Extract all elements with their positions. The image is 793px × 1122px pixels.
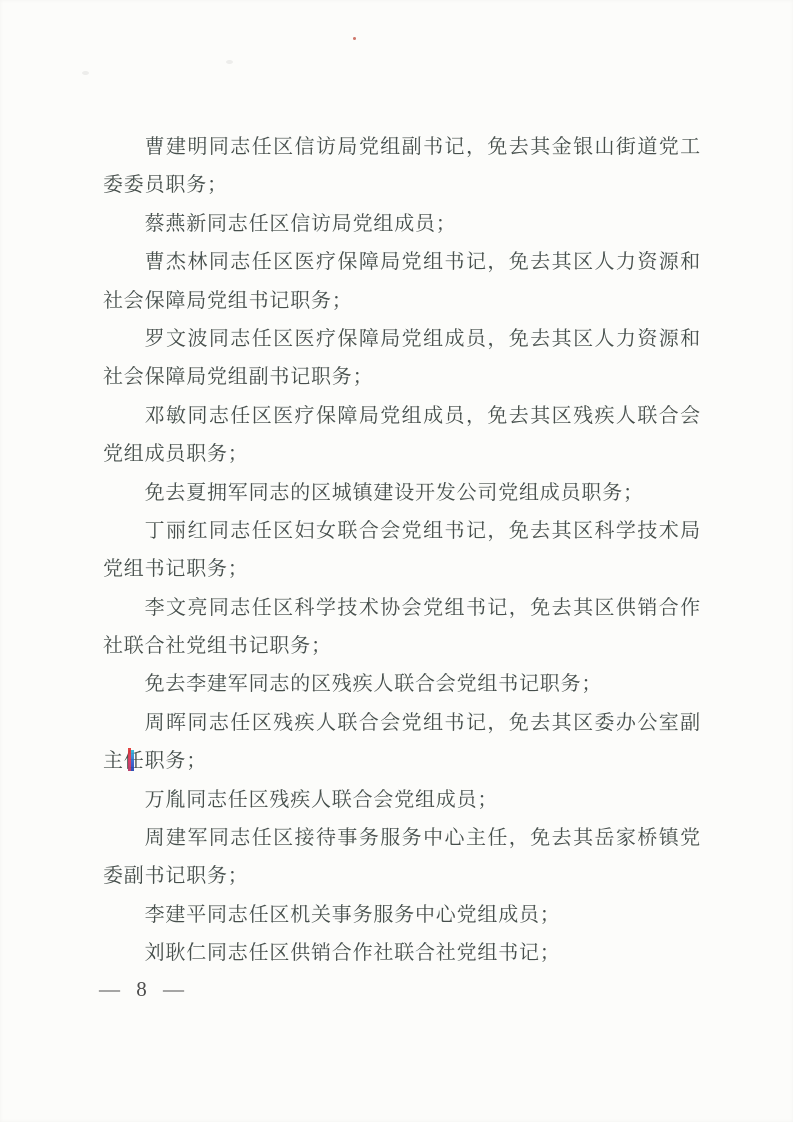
document-line: 刘耿仁同志任区供销合作社联合社党组书记； [103, 934, 701, 972]
document-line: 社联合社党组书记职务； [103, 627, 701, 665]
scan-smudge-artifact [82, 71, 89, 75]
document-line: 蔡燕新同志任区信访局党组成员； [103, 205, 701, 243]
document-line: 党组成员职务； [103, 435, 701, 473]
document-line: 丁丽红同志任区妇女联合会党组书记，免去其区科学技术局 [103, 512, 701, 550]
document-line: 周晖同志任区残疾人联合会党组书记，免去其区委办公室副 [103, 704, 701, 742]
document-line: 李建平同志任区机关事务服务中心党组成员； [103, 896, 701, 934]
document-line: 党组书记职务； [103, 550, 701, 588]
page-number: — 8 — [99, 977, 185, 1002]
document-line: 曹杰林同志任区医疗保障局党组书记，免去其区人力资源和 [103, 243, 701, 281]
document-line: 社会保障局党组副书记职务； [103, 358, 701, 396]
document-line: 万胤同志任区残疾人联合会党组成员； [103, 781, 701, 819]
document-line: 委委员职务； [103, 166, 701, 204]
document-line: 周建军同志任区接待事务服务中心主任，免去其岳家桥镇党 [103, 819, 701, 857]
document-line: 免去夏拥军同志的区城镇建设开发公司党组成员职务； [103, 474, 701, 512]
document-line: 曹建明同志任区信访局党组副书记，免去其金银山街道党工 [103, 128, 701, 166]
scanned-document-page: 曹建明同志任区信访局党组副书记，免去其金银山街道党工委委员职务；蔡燕新同志任区信… [0, 0, 793, 1122]
document-line: 社会保障局党组书记职务； [103, 282, 701, 320]
document-line: 主任职务； [103, 742, 701, 780]
document-line: 委副书记职务； [103, 857, 701, 895]
document-line: 李文亮同志任区科学技术协会党组书记，免去其区供销合作 [103, 589, 701, 627]
document-body: 曹建明同志任区信访局党组副书记，免去其金银山街道党工委委员职务；蔡燕新同志任区信… [103, 128, 701, 973]
document-line: 罗文波同志任区医疗保障局党组成员，免去其区人力资源和 [103, 320, 701, 358]
scan-red-dot-artifact [353, 37, 356, 40]
scan-smudge-artifact [226, 60, 233, 64]
document-line: 免去李建军同志的区残疾人联合会党组书记职务； [103, 665, 701, 703]
document-line: 邓敏同志任区医疗保障局党组成员，免去其区残疾人联合会 [103, 397, 701, 435]
